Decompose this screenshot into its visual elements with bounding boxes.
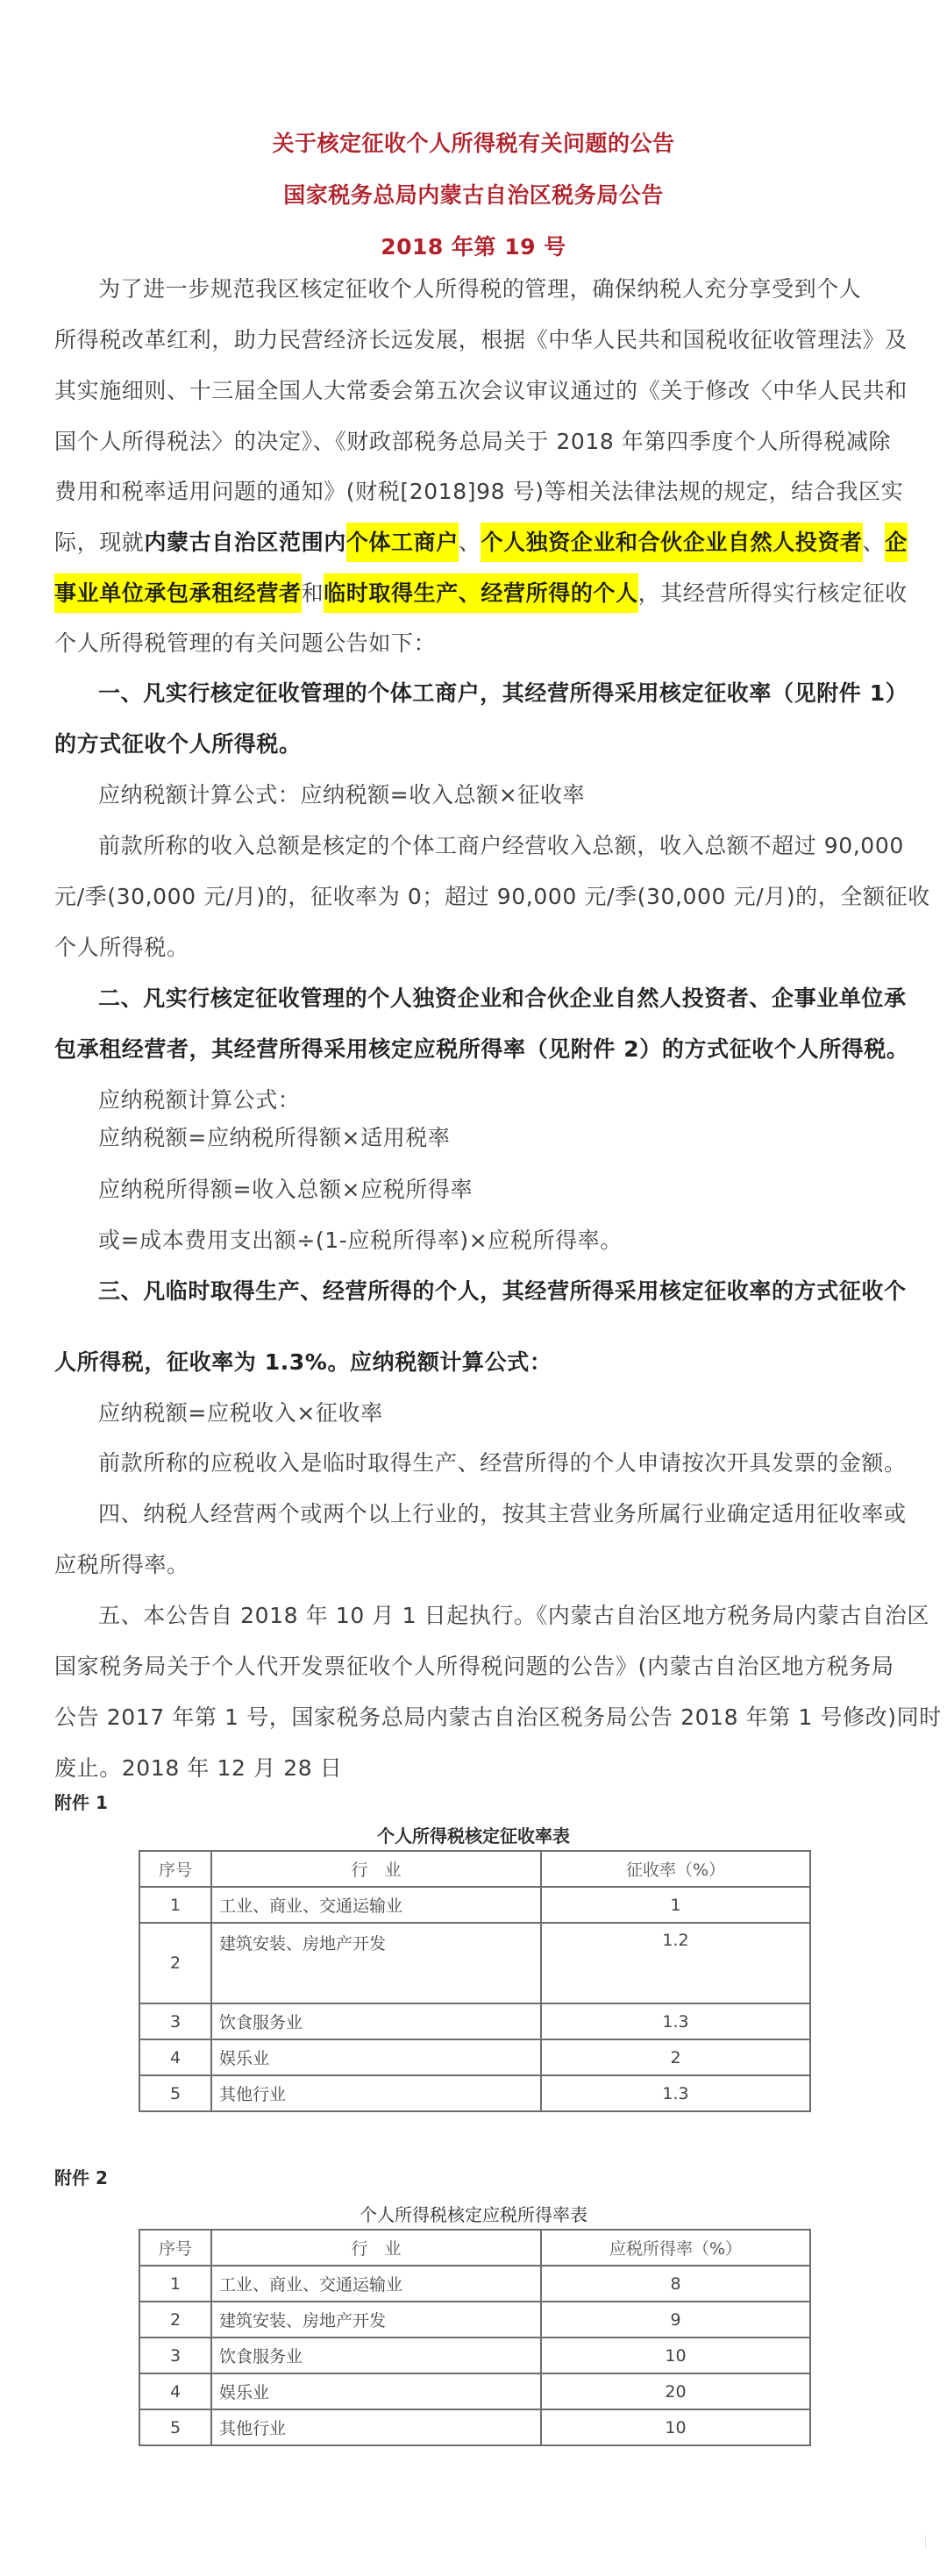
cell-rate: 2: [541, 2039, 810, 2075]
section-1-formula: 应纳税额计算公式：应纳税额=收入总额×征收率: [98, 782, 896, 808]
highlight-temporary-income: 临时取得生产、经营所得的个人: [324, 573, 637, 613]
table-row: 1 工业、商业、交通运输业 1: [139, 1887, 810, 1923]
intro-text: ，其经营所得实行核定征收: [638, 580, 908, 606]
section-1-note-2: 元/季(30,000 元/月)的，征收率为 0；超过 90,000 元/季(30…: [54, 884, 896, 910]
attachment-1-label: 附件 1: [54, 1789, 108, 1814]
cell-rate: 10: [541, 2409, 810, 2445]
document-issuer: 国家税务总局内蒙古自治区税务局公告: [0, 178, 947, 210]
section-2-line-2: 包承租经营者，其经营所得采用核定应税所得率（见附件 2）的方式征收个人所得税。: [54, 1036, 896, 1063]
header-industry: 行 业: [211, 2230, 541, 2266]
cell-industry: 建筑安装、房地产开发: [211, 1923, 541, 2003]
document-number: 2018 年第 19 号: [0, 230, 947, 261]
cell-rate: 10: [541, 2338, 810, 2373]
cell-serial: 5: [139, 2409, 211, 2445]
table-header-row: 序号 行 业 应税所得率（%）: [139, 2230, 810, 2266]
cell-rate: 20: [541, 2373, 810, 2409]
cell-serial: 3: [139, 2003, 211, 2039]
cell-industry: 工业、商业、交通运输业: [211, 2266, 541, 2302]
section-2-formula-3: 或=成本费用支出额÷(1-应税所得率)×应税所得率。: [98, 1228, 896, 1254]
conjunction: 和: [302, 580, 324, 606]
cell-rate: 1: [541, 1887, 810, 1923]
table-row: 5 其他行业 10: [139, 2409, 810, 2445]
collection-rate-table: 序号 行 业 征收率（%） 1 工业、商业、交通运输业 1 2 建筑安装、房地产…: [139, 1850, 811, 2112]
table-row: 3 饮食服务业 10: [139, 2338, 810, 2373]
cell-serial: 4: [139, 2039, 211, 2075]
intro-line-2: 所得税改革红利，助力民营经济长远发展，根据《中华人民共和国税收征收管理法》及: [54, 327, 896, 353]
section-3-note: 前款所称的应税收入是临时取得生产、经营所得的个人申请按次开具发票的金额。: [98, 1450, 896, 1477]
cell-rate: 9: [541, 2302, 810, 2338]
attachment-2-table-title: 个人所得税核定应税所得率表: [0, 2201, 947, 2226]
section-3-line-2: 人所得税，征收率为 1.3%。应纳税额计算公式：: [54, 1349, 896, 1376]
taxable-income-rate-table: 序号 行 业 应税所得率（%） 1 工业、商业、交通运输业 8 2 建筑安装、房…: [139, 2229, 811, 2446]
section-5-line-1: 五、本公告自 2018 年 10 月 1 日起执行。《内蒙古自治区地方税务局内蒙…: [98, 1603, 896, 1629]
section-1-line-1: 一、凡实行核定征收管理的个体工商户，其经营所得采用核定征收率（见附件 1）: [98, 680, 896, 707]
header-serial: 序号: [139, 2230, 211, 2266]
section-2-formula-2: 应纳税所得额=收入总额×应税所得率: [98, 1177, 896, 1203]
intro-text: 际，现就: [54, 530, 144, 555]
cell-industry: 娱乐业: [211, 2373, 541, 2409]
table-row: 4 娱乐业 20: [139, 2373, 810, 2409]
document-title: 关于核定征收个人所得税有关问题的公告: [0, 126, 947, 158]
cell-industry: 建筑安装、房地产开发: [211, 2302, 541, 2338]
scan-artifact: [925, 2534, 929, 2550]
cell-serial: 3: [139, 2338, 211, 2373]
intro-line-1: 为了进一步规范我区核定征收个人所得税的管理，确保纳税人充分享受到个人: [98, 276, 896, 302]
section-2-line-1: 二、凡实行核定征收管理的个人独资企业和合伙企业自然人投资者、企事业单位承: [98, 986, 896, 1012]
cell-industry: 其他行业: [211, 2409, 541, 2445]
separator: 、: [459, 530, 481, 555]
cell-serial: 2: [139, 2302, 211, 2338]
table-row: 2 建筑安装、房地产开发 1.2: [139, 1923, 810, 2003]
intro-line-3: 其实施细则、十三届全国人大常委会第五次会议审议通过的《关于修改〈中华人民共和: [54, 378, 896, 404]
separator: 、: [863, 530, 886, 555]
section-4-line-1: 四、纳税人经营两个或两个以上行业的，按其主营业务所属行业确定适用征收率或: [98, 1501, 896, 1527]
intro-line-5: 费用和税率适用问题的通知》(财税[2018]98 号)等相关法律法规的规定，结合…: [54, 479, 896, 505]
cell-serial: 5: [139, 2075, 211, 2111]
section-1-note-1: 前款所称的收入总额是核定的个体工商户经营收入总额，收入总额不超过 90,000: [98, 833, 896, 859]
bold-region: 内蒙古自治区范围内: [144, 530, 345, 555]
highlight-contract-operator: 事业单位承包承租经营者: [54, 573, 302, 613]
intro-line-4: 国个人所得税法〉的决定》、《财政部税务总局关于 2018 年第四季度个人所得税减…: [54, 429, 896, 455]
section-3-line-1: 三、凡临时取得生产、经营所得的个人，其经营所得采用核定征收率的方式征收个: [98, 1278, 896, 1305]
section-1-note-3: 个人所得税。: [54, 935, 896, 961]
table-row: 3 饮食服务业 1.3: [139, 2003, 810, 2039]
intro-line-6: 际，现就内蒙古自治区范围内个体工商户、个人独资企业和合伙企业自然人投资者、企: [54, 530, 896, 556]
section-2-formula-1: 应纳税额=应纳税所得额×适用税率: [98, 1125, 896, 1151]
header-rate: 应税所得率（%）: [541, 2230, 810, 2266]
cell-industry: 饮食服务业: [211, 2003, 541, 2039]
cell-rate: 1.2: [541, 1923, 810, 2003]
section-2-formula-title: 应纳税额计算公式：: [98, 1087, 896, 1114]
cell-industry: 娱乐业: [211, 2039, 541, 2075]
section-5-line-4: 废止。2018 年 12 月 28 日: [54, 1755, 896, 1782]
table-row: 2 建筑安装、房地产开发 9: [139, 2302, 810, 2338]
intro-line-7: 事业单位承包承租经营者和临时取得生产、经营所得的个人，其经营所得实行核定征收: [54, 580, 896, 607]
header-rate: 征收率（%）: [541, 1851, 810, 1887]
attachment-1-table-title: 个人所得税核定征收率表: [0, 1822, 947, 1847]
section-4-line-2: 应税所得率。: [54, 1552, 896, 1578]
table-row: 5 其他行业 1.3: [139, 2075, 810, 2111]
cell-serial: 1: [139, 1887, 211, 1923]
highlight-sole-proprietor: 个人独资企业和合伙企业自然人投资者: [481, 523, 862, 562]
cell-industry: 饮食服务业: [211, 2338, 541, 2373]
cell-rate: 8: [541, 2266, 810, 2302]
header-serial: 序号: [139, 1851, 211, 1887]
section-3-formula: 应纳税额=应税收入×征收率: [98, 1400, 896, 1427]
table-row: 4 娱乐业 2: [139, 2039, 810, 2075]
header-industry: 行 业: [211, 1851, 541, 1887]
cell-serial: 1: [139, 2266, 211, 2302]
cell-rate: 1.3: [541, 2075, 810, 2111]
table-header-row: 序号 行 业 征收率（%）: [139, 1851, 810, 1887]
cell-serial: 2: [139, 1923, 211, 2003]
cell-serial: 4: [139, 2373, 211, 2409]
cell-rate: 1.3: [541, 2003, 810, 2039]
table-row: 1 工业、商业、交通运输业 8: [139, 2266, 810, 2302]
highlight-individual-business: 个体工商户: [346, 523, 459, 562]
highlight-enterprise-start: 企: [885, 523, 908, 562]
cell-industry: 工业、商业、交通运输业: [211, 1887, 541, 1923]
section-1-line-2: 的方式征收个人所得税。: [54, 731, 896, 758]
intro-line-8: 个人所得税管理的有关问题公告如下：: [54, 630, 896, 657]
attachment-2-label: 附件 2: [54, 2164, 108, 2189]
section-5-line-2: 国家税务局关于个人代开发票征收个人所得税问题的公告》(内蒙古自治区地方税务局: [54, 1654, 896, 1680]
cell-industry: 其他行业: [211, 2075, 541, 2111]
section-5-line-3: 公告 2017 年第 1 号，国家税务总局内蒙古自治区税务局公告 2018 年第…: [54, 1704, 896, 1731]
